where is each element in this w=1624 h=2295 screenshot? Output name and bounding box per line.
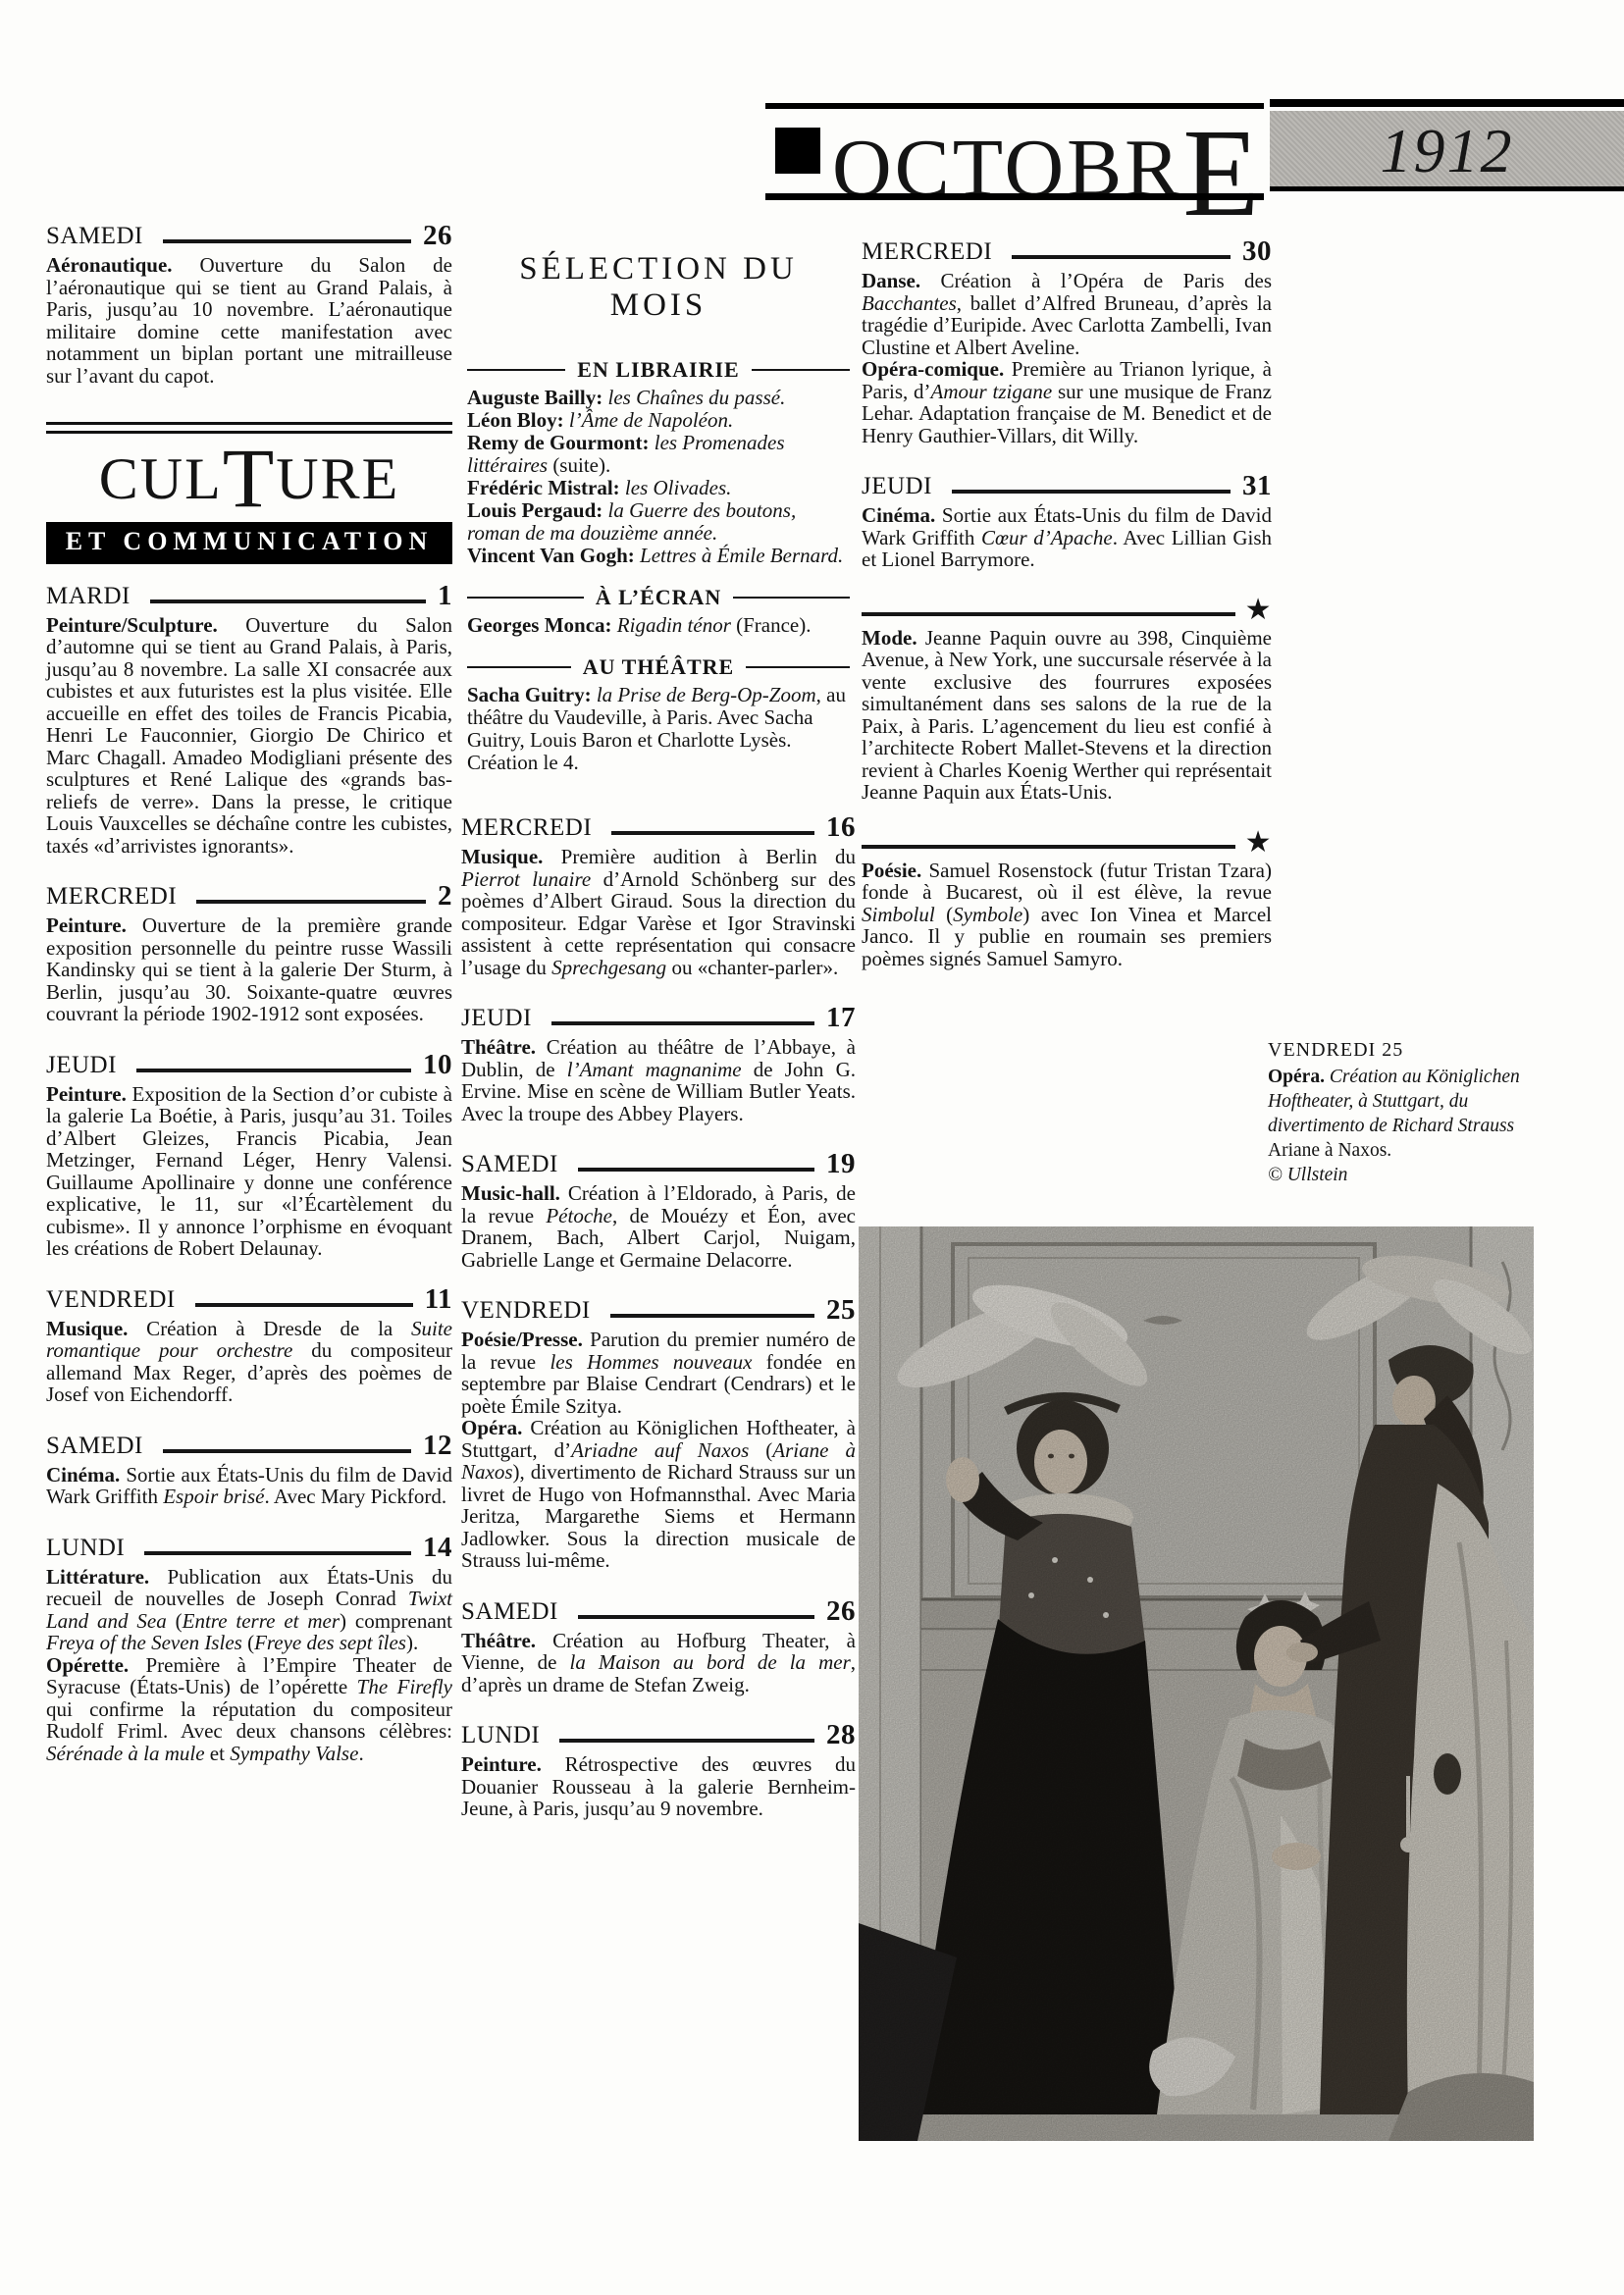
culture-title-part: CUL (99, 446, 223, 511)
selection-box: SÉLECTION DU MOIS EN LIBRAIRIEAuguste Ba… (461, 251, 856, 774)
day-entry: LUNDI28Peinture. Rétrospective des œuvre… (461, 1721, 856, 1820)
middle-entries: MERCREDI16Musique. Première audition à B… (461, 813, 856, 1820)
selection-section-header: AU THÉÂTRE (467, 654, 850, 680)
day-number: 10 (423, 1051, 452, 1079)
entry-lead: Poésie. (862, 859, 921, 882)
selection-item: Remy de Gourmont: les Promenades littéra… (467, 432, 850, 477)
starred-entry: ★Mode. Jeanne Paquin ouvre au 398, Cinqu… (862, 597, 1272, 804)
plain-text: qui confirme la réputation du compositeu… (46, 1697, 452, 1744)
plain-text: . (358, 1742, 363, 1765)
opera-photo-illustration (859, 1226, 1534, 2141)
day-label: MARDI (46, 583, 131, 610)
day-rule (136, 1069, 411, 1072)
masthead-title-capital: E (1182, 103, 1259, 242)
day-header: SAMEDI26 (46, 222, 452, 250)
entry-lead: Opéra. (461, 1416, 522, 1439)
entry-lead: Cinéma. (46, 1463, 120, 1487)
entry-paragraph: Opéra-comique. Première au Trianon lyriq… (862, 358, 1272, 446)
right-entries: MERCREDI30Danse. Création à l’Opéra de P… (862, 237, 1272, 969)
plain-text: ) comprenant (340, 1609, 452, 1633)
day-header: LUNDI28 (461, 1721, 856, 1749)
day-label: VENDREDI (46, 1286, 176, 1314)
star-rule (862, 612, 1235, 616)
selection-item: Georges Monca: Rigadin ténor (France). (467, 614, 850, 637)
day-number: 31 (1242, 472, 1272, 500)
entry-paragraph: Littérature. Publication aux États-Unis … (46, 1566, 452, 1654)
entry-paragraph: Cinéma. Sortie aux États-Unis du film de… (862, 504, 1272, 571)
plain-text: Exposition de la Section d’or cubiste à … (46, 1082, 452, 1261)
entry-paragraph: Peinture. Rétrospective des œuvres du Do… (461, 1753, 856, 1820)
entry-lead: Théâtre. (461, 1035, 536, 1059)
plain-text: ou «chanter-parler». (666, 956, 838, 979)
selection-section-header: À L’ÉCRAN (467, 585, 850, 610)
selection-item: Auguste Bailly: les Chaînes du passé. (467, 387, 850, 409)
entry-paragraph: Théâtre. Création au théâtre de l’Abbaye… (461, 1036, 856, 1124)
entry-lead: Auguste Bailly: (467, 386, 602, 409)
plain-text: ( (167, 1609, 183, 1633)
day-label: LUNDI (461, 1722, 540, 1749)
day-number: 30 (1242, 237, 1272, 266)
column-middle: SÉLECTION DU MOIS EN LIBRAIRIEAuguste Ba… (461, 247, 856, 1820)
day-entry: MARDI1Peinture/Sculpture. Ouverture du S… (46, 582, 452, 858)
day-number: 25 (826, 1296, 856, 1325)
selection-item: Léon Bloy: l’Âme de Napoléon. (467, 409, 850, 432)
masthead-title-text: OCTOBR (832, 123, 1182, 214)
italic-text: l’Âme de Napoléon. (564, 408, 734, 432)
plain-text: Création à Dresde de la (128, 1317, 411, 1340)
italic-text: Espoir brisé (163, 1485, 264, 1508)
entry-lead: Théâtre. (461, 1629, 536, 1652)
italic-text: la Maison au bord de la mer (570, 1650, 851, 1674)
magazine-page: OCTOBRE 1912 SAMEDI26Aéronautique. Ouver… (0, 0, 1624, 2295)
day-rule (578, 1168, 814, 1172)
selection-section-header: EN LIBRAIRIE (467, 357, 850, 383)
entry-paragraph: Cinéma. Sortie aux États-Unis du film de… (46, 1464, 452, 1508)
day-rule (195, 1303, 413, 1307)
italic-text: les Olivades. (620, 476, 732, 499)
selection-section-label: À L’ÉCRAN (596, 585, 722, 610)
day-rule (952, 490, 1231, 494)
selection-title: SÉLECTION DU MOIS (467, 251, 850, 324)
caption-credit: © Ullstein (1268, 1165, 1347, 1185)
entry-lead: Peinture. (46, 913, 127, 937)
entry-paragraph: Music-hall. Création à l’Eldorado, à Par… (461, 1182, 856, 1271)
italic-text: Freya of the Seven Isles (46, 1631, 242, 1654)
day-number: 14 (423, 1534, 452, 1562)
day-label: JEUDI (862, 473, 932, 500)
italic-text: Freye des sept îles (254, 1631, 406, 1654)
day-entry: JEUDI17Théâtre. Création au théâtre de l… (461, 1004, 856, 1124)
day-number: 16 (826, 813, 856, 842)
italic-text: les Hommes nouveaux (550, 1350, 752, 1374)
day-header: JEUDI31 (862, 472, 1272, 500)
day-entry: MERCREDI16Musique. Première audition à B… (461, 813, 856, 978)
day-rule (163, 239, 411, 243)
culture-subtitle-bar: ET COMMUNICATION (46, 522, 452, 564)
entry-lead: Peinture. (46, 1082, 127, 1106)
italic-text: Pierrot lunaire (461, 867, 591, 891)
header-rule-left (467, 666, 571, 668)
caption-day: VENDREDI 25 (1268, 1038, 1539, 1063)
selection-section-label: AU THÉÂTRE (583, 654, 734, 680)
day-number: 19 (826, 1150, 856, 1178)
caption-text: Opéra. Création au Königlichen Hoftheate… (1268, 1065, 1539, 1163)
plain-text: (suite). (548, 453, 610, 477)
italic-text: Ariadne auf Naxos (571, 1438, 749, 1462)
entry-lead: Sacha Guitry: (467, 683, 592, 706)
day-rule (163, 1449, 411, 1453)
plain-text: Samuel Rosenstock (futur Tristan Tzara) … (862, 859, 1272, 905)
culture-banner: CULTURE ET COMMUNICATION (46, 422, 452, 564)
day-label: JEUDI (461, 1005, 532, 1032)
day-label: MERCREDI (461, 814, 592, 842)
day-label: MERCREDI (862, 238, 992, 266)
day-rule (611, 831, 814, 835)
day-header: VENDREDI11 (46, 1285, 452, 1314)
entry-lead: Remy de Gourmont: (467, 431, 649, 454)
culture-title-part: URE (276, 446, 399, 511)
day-header: JEUDI17 (461, 1004, 856, 1032)
day-label: SAMEDI (46, 1433, 143, 1460)
italic-text: Bacchantes (862, 291, 957, 315)
day-number: 28 (826, 1721, 856, 1749)
masthead-rule-bottom-right (1270, 186, 1624, 191)
entry-paragraph: Musique. Première audition à Berlin du P… (461, 846, 856, 978)
entry-lead: Cinéma. (862, 503, 935, 527)
plain-text: Jeanne Paquin ouvre au 398, Cinquième Av… (862, 626, 1272, 805)
day-label: VENDREDI (461, 1297, 591, 1325)
italic-text: Lettres à Émile Bernard. (635, 544, 844, 567)
plain-text: et (205, 1742, 231, 1765)
day-header: LUNDI14 (46, 1534, 452, 1562)
entry-lead: Vincent Van Gogh: (467, 544, 635, 567)
entry-lead: Peinture. (461, 1752, 542, 1776)
culture-title-big-t: T (223, 431, 277, 525)
entry-paragraph: Peinture. Exposition de la Section d’or … (46, 1083, 452, 1260)
entry-paragraph: Aéronautique. Ouverture du Salon de l’aé… (46, 254, 452, 387)
selection-item: Vincent Van Gogh: Lettres à Émile Bernar… (467, 545, 850, 567)
plain-text: ( (935, 903, 953, 926)
day-number: 11 (425, 1285, 452, 1314)
plain-text: Ouverture du Salon d’automne qui se tien… (46, 613, 452, 858)
selection-item: Louis Pergaud: la Guerre des boutons, ro… (467, 499, 850, 545)
plain-text: ( (242, 1631, 254, 1654)
day-rule (559, 1739, 814, 1743)
entry-paragraph: Peinture. Ouverture de la première grand… (46, 914, 452, 1025)
plain-text: ( (749, 1438, 772, 1462)
day-header: JEUDI10 (46, 1051, 452, 1079)
entry-paragraph: Opéra. Création au Königlichen Hoftheate… (461, 1417, 856, 1572)
italic-text: l’Amant magnanime (567, 1058, 742, 1081)
day-label: SAMEDI (461, 1151, 558, 1178)
entry-paragraph: Opérette. Première à l’Empire Theater de… (46, 1654, 452, 1765)
day-header: ★ (862, 597, 1272, 623)
italic-text: les Chaînes du passé. (602, 386, 785, 409)
plain-text: . Avec Mary Pickford. (265, 1485, 447, 1508)
day-label: SAMEDI (46, 223, 143, 250)
photo-caption: VENDREDI 25 Opéra. Création au Königlich… (1268, 1038, 1539, 1187)
starred-entry: ★Poésie. Samuel Rosenstock (futur Trista… (862, 829, 1272, 970)
header-rule-right (752, 369, 850, 371)
left-entries: MARDI1Peinture/Sculpture. Ouverture du S… (46, 582, 452, 1765)
day-entry: SAMEDI19Music-hall. Création à l’Eldorad… (461, 1150, 856, 1271)
day-rule (196, 900, 426, 904)
italic-text: Cœur d’Apache (981, 526, 1113, 549)
day-header: VENDREDI25 (461, 1296, 856, 1325)
header-rule-right (746, 666, 850, 668)
entry-lead: Léon Bloy: (467, 408, 564, 432)
day-number: 26 (423, 222, 452, 250)
masthead-year-box: 1912 (1270, 111, 1624, 191)
entry-lead: Opéra-comique. (862, 357, 1004, 381)
day-number: 12 (423, 1432, 452, 1460)
day-number: 1 (438, 582, 452, 610)
masthead-rule-bottom-left (765, 193, 1264, 200)
star-rule (862, 845, 1235, 849)
entry-paragraph: Danse. Création à l’Opéra de Paris des B… (862, 270, 1272, 358)
masthead-year: 1912 (1381, 115, 1514, 187)
selection-sections: EN LIBRAIRIEAuguste Bailly: les Chaînes … (467, 357, 850, 774)
day-header: SAMEDI26 (461, 1597, 856, 1626)
selection-section-label: EN LIBRAIRIE (577, 357, 739, 383)
day-header: MERCREDI30 (862, 237, 1272, 266)
entry-lead: Peinture/Sculpture. (46, 613, 218, 637)
day-header: MERCREDI16 (461, 813, 856, 842)
entry-lead: Danse. (862, 269, 920, 292)
day-rule (610, 1314, 814, 1318)
italic-text: Symbole (953, 903, 1022, 926)
entry-paragraph: Mode. Jeanne Paquin ouvre au 398, Cinqui… (862, 627, 1272, 804)
day-entry: SAMEDI12Cinéma. Sortie aux États-Unis du… (46, 1432, 452, 1508)
day-header: MERCREDI2 (46, 882, 452, 911)
italic-text: The Firefly (357, 1675, 452, 1698)
header-rule-left (467, 369, 565, 371)
day-label: JEUDI (46, 1052, 117, 1079)
entry-lead: Mode. (862, 626, 917, 650)
selection-item: Sacha Guitry: la Prise de Berg-Op-Zoom, … (467, 684, 850, 774)
entry-paragraph: Théâtre. Création au Hofburg Theater, à … (461, 1630, 856, 1696)
italic-text: la Prise de Berg-Op-Zoom (592, 683, 816, 706)
entry-lead: Musique. (461, 845, 543, 868)
day-rule (551, 1021, 814, 1025)
entry-paragraph: Peinture/Sculpture. Ouverture du Salon d… (46, 614, 452, 858)
italic-text: Sérénade à la mule (46, 1742, 205, 1765)
entry-lead: Aéronautique. (46, 253, 173, 277)
entry-lead: Frédéric Mistral: (467, 476, 620, 499)
masthead-square-icon (775, 128, 820, 174)
italic-text: Entre terre et mer (183, 1609, 340, 1633)
entry-lead: Opéra. (1268, 1067, 1325, 1087)
entry-paragraph: Poésie. Samuel Rosenstock (futur Tristan… (862, 860, 1272, 970)
star-icon: ★ (1245, 829, 1272, 856)
day-number: 17 (826, 1004, 856, 1032)
plain-text: Ariane à Naxos. (1268, 1140, 1391, 1161)
column-right: MERCREDI30Danse. Création à l’Opéra de P… (862, 237, 1272, 969)
entry-lead: Poésie/Presse. (461, 1328, 583, 1351)
day-rule (144, 1551, 411, 1555)
culture-rule-1 (46, 422, 452, 425)
entry-lead: Musique. (46, 1317, 128, 1340)
masthead-rule-top-right (1270, 99, 1624, 107)
culture-title: CULTURE (46, 436, 452, 522)
day-entry: MERCREDI2Peinture. Ouverture de la premi… (46, 882, 452, 1025)
entry-paragraph: Musique. Création à Dresde de la Suite r… (46, 1318, 452, 1406)
day-header: SAMEDI12 (46, 1432, 452, 1460)
day-entry: MERCREDI30Danse. Création à l’Opéra de P… (862, 237, 1272, 446)
star-icon: ★ (1245, 597, 1272, 623)
entry-lead: Georges Monca: (467, 613, 612, 637)
entry-lead: Music-hall. (461, 1181, 560, 1205)
entry-lead: Opérette. (46, 1653, 129, 1677)
day-entry: JEUDI31Cinéma. Sortie aux États-Unis du … (862, 472, 1272, 571)
day-entry: VENDREDI11Musique. Création à Dresde de … (46, 1285, 452, 1406)
column-left: SAMEDI26Aéronautique. Ouverture du Salon… (46, 222, 452, 1764)
italic-text: Sprechgesang (551, 956, 666, 979)
day-number: 2 (438, 882, 452, 911)
day-label: LUNDI (46, 1535, 125, 1562)
plain-text: Création à l’Opéra de Paris des (920, 269, 1272, 292)
opera-scene-photo (859, 1226, 1534, 2141)
day-header: ★ (862, 829, 1272, 856)
entry-lead: Louis Pergaud: (467, 498, 602, 522)
plain-text: ). (406, 1631, 418, 1654)
day-entry: LUNDI14Littérature. Publication aux État… (46, 1534, 452, 1765)
day-rule (1012, 255, 1231, 259)
header-rule-right (733, 597, 850, 599)
day-entry: VENDREDI25Poésie/Presse. Parution du pre… (461, 1296, 856, 1572)
header-rule-left (467, 597, 584, 599)
day-label: SAMEDI (461, 1598, 558, 1626)
plain-text: ), divertimento de Richard Strauss sur u… (461, 1460, 856, 1572)
italic-text: Sympathy Valse (230, 1742, 358, 1765)
plain-text: Première audition à Berlin du (543, 845, 856, 868)
italic-text: Simbolul (862, 903, 935, 926)
left-top-entries: SAMEDI26Aéronautique. Ouverture du Salon… (46, 222, 452, 387)
masthead-title: OCTOBRE (832, 110, 1259, 235)
day-entry: SAMEDI26Théâtre. Création au Hofburg The… (461, 1597, 856, 1696)
day-rule (150, 600, 426, 603)
italic-text: Rigadin ténor (612, 613, 731, 637)
entry-lead: Littérature. (46, 1565, 149, 1589)
italic-text: Pétoche (546, 1204, 612, 1227)
selection-item: Frédéric Mistral: les Olivades. (467, 477, 850, 499)
day-entry: JEUDI10Peinture. Exposition de la Sectio… (46, 1051, 452, 1260)
day-header: MARDI1 (46, 582, 452, 610)
day-rule (578, 1615, 814, 1619)
day-entry: SAMEDI26Aéronautique. Ouverture du Salon… (46, 222, 452, 387)
plain-text: (France). (731, 613, 812, 637)
day-header: SAMEDI19 (461, 1150, 856, 1178)
italic-text: Amour tzigane (931, 380, 1053, 403)
entry-paragraph: Poésie/Presse. Parution du premier numér… (461, 1329, 856, 1417)
day-label: MERCREDI (46, 883, 177, 911)
day-number: 26 (826, 1597, 856, 1626)
